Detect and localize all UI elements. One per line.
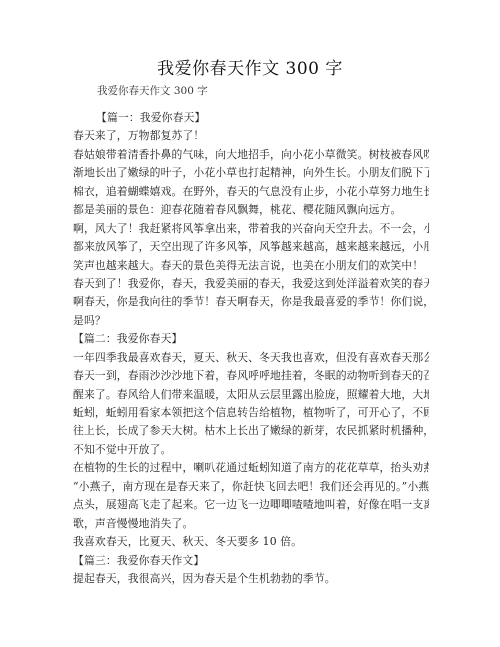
paragraph-line: 不知不觉中开放了。: [73, 441, 429, 459]
document-body: 【篇一：我爱你春天】春天来了，万物都复苏了！春姑娘带着清香扑鼻的气味，向大地招手…: [73, 109, 429, 588]
paragraph-line: 棉衣，追着蝴蝶嬉戏。在野外，春天的气息没有止步，小花小草努力地生长，到处: [73, 183, 429, 201]
paragraph-line: 点头，展翅高飞走了起来。它一边飞一边唧唧喳喳地叫着，好像在唱一支离别之: [73, 496, 429, 514]
paragraph-line: 啊，风大了！我赶紧将风筝拿出来，带着我的兴奋向天空升去。不一会，小朋友们: [73, 220, 429, 238]
paragraph-line: 渐地长出了嫩绿的叶子，小花小草也打起精神，向外生长。小朋友们脱下了厚厚的: [73, 164, 429, 182]
paragraph-line: 歌，声音慢慢地消失了。: [73, 515, 429, 533]
paragraph-line: 往上长，长成了参天大树。枯木上长出了嫩绿的新芽，农民抓紧时机播种，花儿在: [73, 422, 429, 440]
paragraph-line: 提起春天，我很高兴，因为春天是个生机勃勃的季节。: [73, 570, 429, 588]
paragraph-line: 春天到了！我爱你，春天，我爱美丽的春天，我爱这到处洋溢着欢笑的春天！春天: [73, 275, 429, 293]
paragraph-line: “小燕子，南方现在是春天来了，你赶快飞回去吧！我们还会再见的。”小燕子点: [73, 478, 429, 496]
document-page: 我爱你春天作文 300 字 我爱你春天作文 300 字 【篇一：我爱你春天】春天…: [0, 0, 500, 647]
paragraph-line: 我喜欢春天，比夏天、秋天、冬天要多 10 倍。: [73, 533, 429, 551]
section-heading: 【篇一：我爱你春天】: [73, 109, 429, 127]
paragraph-line: 春天一到，春雨沙沙沙地下着，春风呼呼地挂着，冬眠的动物听到春天的召唤纷纷: [73, 367, 429, 385]
section-heading: 【篇二：我爱你春天】: [73, 330, 429, 348]
paragraph-line: 醒来了。春风给人们带来温暖，太阳从云层里露出脸庞，照耀着大地，大地告诉了: [73, 386, 429, 404]
paragraph-line: 是吗？: [73, 312, 429, 330]
paragraph-line: 一年四季我最喜欢春天，夏天、秋天、冬天我也喜欢，但没有喜欢春天那么强烈。: [73, 349, 429, 367]
paragraph-line: 春姑娘带着清香扑鼻的气味，向大地招手，向小花小草微笑。树枝被春风吹着，渐: [73, 146, 429, 164]
paragraph-line: 都是美丽的景色：迎春花随着春风飘舞，桃花、樱花随风飘向远方。: [73, 201, 429, 219]
paragraph-line: 蚯蚓，蚯蚓用看家本领把这个信息转告给植物，植物听了，可开心了，不顾一切地: [73, 404, 429, 422]
section-heading: 【篇三：我爱你春天作文】: [73, 552, 429, 570]
paragraph-line: 都来放风筝了，天空出现了许多风筝，风筝越来越高，越来越来越远，小朋友们的: [73, 238, 429, 256]
document-subtitle: 我爱你春天作文 300 字: [97, 84, 208, 98]
document-title: 我爱你春天作文 300 字: [0, 58, 500, 80]
paragraph-line: 啊春天，你是我向往的季节！春天啊春天，你是我最喜爱的季节！你们说，难道不: [73, 293, 429, 311]
paragraph-line: 春天来了，万物都复苏了！: [73, 127, 429, 145]
paragraph-line: 笑声也越来越大。春天的景色美得无法言说，也美在小朋友们的欢笑中！: [73, 257, 429, 275]
paragraph-line: 在植物的生长的过程中，喇叭花通过蚯蚓知道了南方的花花草草，抬头劝燕子说：: [73, 459, 429, 477]
